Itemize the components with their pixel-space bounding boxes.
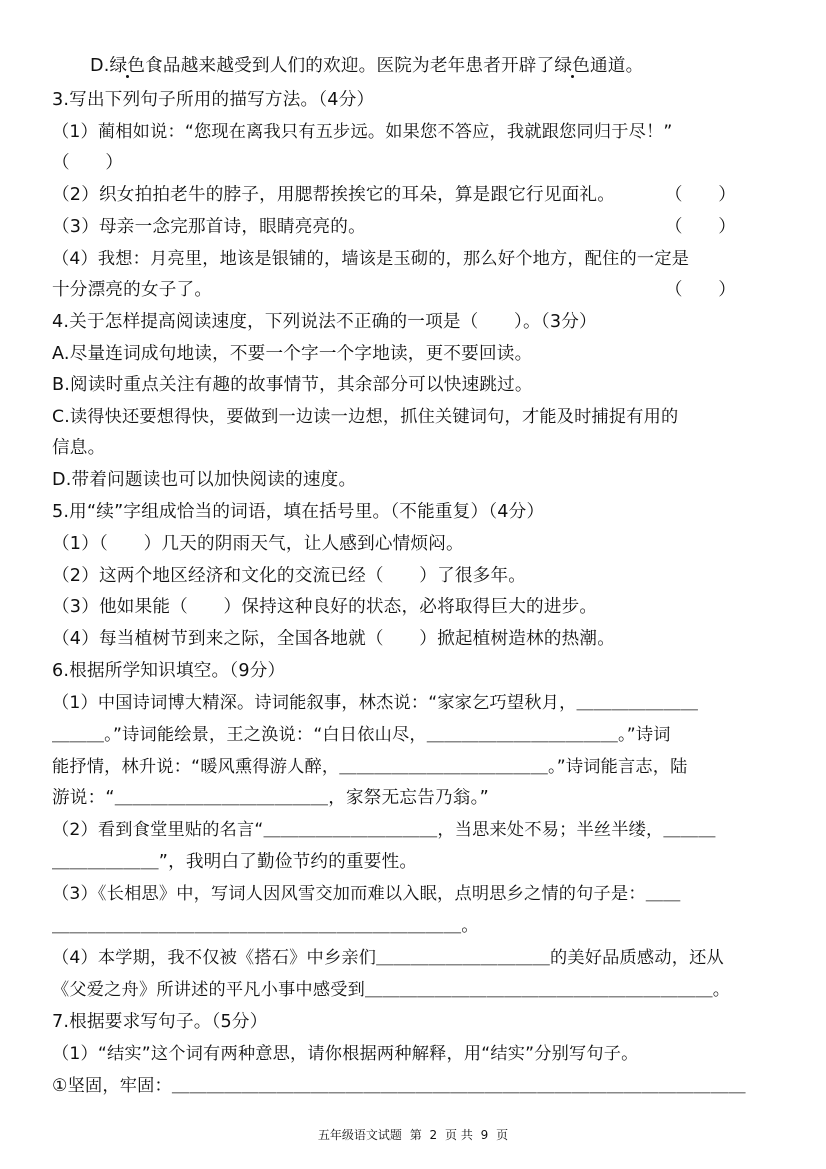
- exam-page: D.绿色食品越来越受到人们的欢迎。医院为老年患者开辟了绿色通道。 3.写出下列句…: [0, 0, 826, 1169]
- page-number: 2: [430, 1128, 438, 1142]
- option-text: 食品越来越受到人们的欢迎。医院为老年患者开辟了: [145, 56, 554, 76]
- q3-item-1: （1）蔺相如说：“您现在离我只有五步远。如果您不答应，我就跟您同归于尽！”: [52, 117, 782, 147]
- q6-line-1: （1）中国诗词博大精深。诗词能叙事，林杰说：“家家乞巧望秋月，＿＿＿＿＿＿＿: [52, 688, 782, 718]
- emphasized-word-text: 绿色: [554, 56, 590, 76]
- q2-option-d: D.绿色食品越来越受到人们的欢迎。医院为老年患者开辟了绿色通道。: [90, 51, 820, 81]
- q3-item-2-text: （2）织女拍拍老牛的脖子，用腮帮挨挨它的耳朵，算是跟它行见面礼。: [52, 185, 615, 205]
- q6-line-3: 能抒情，林升说：“暖风熏得游人醉，＿＿＿＿＿＿＿＿＿＿＿＿。”诗词能言志，陆: [52, 752, 782, 782]
- q6-line-8: ＿＿＿＿＿＿＿＿＿＿＿＿＿＿＿＿＿＿＿＿＿＿＿。: [52, 911, 782, 941]
- q3-title: 3.写出下列句子所用的描写方法。（4分）: [52, 85, 782, 115]
- q3-item-2-answer[interactable]: （ ）: [665, 180, 736, 210]
- q3-item-3-text: （3）母亲一念完那首诗，眼睛亮亮的。: [52, 217, 366, 237]
- q3-item-4-cont: 十分漂亮的女子了。 （ ）: [52, 275, 782, 305]
- q5-item-2: （2）这两个地区经济和文化的交流已经（ ）了很多年。: [52, 561, 782, 591]
- total-pages: 9: [481, 1128, 489, 1142]
- q3-item-4: （4）我想：月亮里，地该是银铺的，墙该是玉砌的，那么好个地方，配住的一定是: [52, 244, 782, 274]
- q6-line-10: 《父爱之舟》所讲述的平凡小事中感受到＿＿＿＿＿＿＿＿＿＿＿＿＿＿＿＿＿＿＿＿。: [52, 975, 782, 1005]
- q6-line-7: （3）《长相思》中，写词人因风雪交加而难以入眠，点明思乡之情的句子是：＿＿: [52, 879, 782, 909]
- q5-item-1: （1）（ ）几天的阴雨天气，让人感到心情烦闷。: [52, 529, 782, 559]
- q5-item-3: （3）他如果能（ ）保持这种良好的状态，必将取得巨大的进步。: [52, 592, 782, 622]
- q3-item-1-answer[interactable]: （ ）: [52, 148, 782, 178]
- emphasized-word: 绿色: [110, 56, 146, 76]
- q3-item-4-answer[interactable]: （ ）: [665, 275, 736, 305]
- option-text-end: 通道。: [590, 56, 643, 76]
- footer-label: 第: [410, 1128, 422, 1142]
- q6-line-9: （4）本学期，我不仅被《搭石》中乡亲们＿＿＿＿＿＿＿＿＿＿的美好品质感动，还从: [52, 943, 782, 973]
- q4-option-d: D.带着问题读也可以加快阅读的速度。: [52, 465, 782, 495]
- footer-title: 五年级语文试题: [318, 1128, 402, 1142]
- q7-answer-line-1[interactable]: ①坚固，牢固：＿＿＿＿＿＿＿＿＿＿＿＿＿＿＿＿＿＿＿＿＿＿＿＿＿＿＿＿＿＿＿＿＿: [52, 1071, 782, 1101]
- q6-line-5: （2）看到食堂里贴的名言“＿＿＿＿＿＿＿＿＿＿，当思来处不易；半丝半缕，＿＿＿: [52, 815, 782, 845]
- q7-title: 7.根据要求写句子。（5分）: [52, 1007, 782, 1037]
- q4-title: 4.关于怎样提高阅读速度，下列说法不正确的一项是（ ）。（3分）: [52, 307, 782, 337]
- q6-line-4: 游说：“＿＿＿＿＿＿＿＿＿＿＿＿，家祭无忘告乃翁。”: [52, 783, 782, 813]
- q5-item-4: （4）每当植树节到来之际，全国各地就（ ）掀起植树造林的热潮。: [52, 624, 782, 654]
- q3-item-4-text-cont: 十分漂亮的女子了。: [52, 280, 212, 300]
- q3-item-2: （2）织女拍拍老牛的脖子，用腮帮挨挨它的耳朵，算是跟它行见面礼。 （ ）: [52, 180, 782, 210]
- q4-option-c: C.读得快还要想得快，要做到一边读一边想，抓住关键词句，才能及时捕捉有用的: [52, 402, 782, 432]
- q4-option-b: B.阅读时重点关注有趣的故事情节，其余部分可以快速跳过。: [52, 370, 782, 400]
- q3-item-3-answer[interactable]: （ ）: [665, 212, 736, 242]
- q5-title: 5.用“续”字组成恰当的词语，填在括号里。（不能重复）（4分）: [52, 497, 782, 527]
- emphasized-word: 绿色: [554, 56, 590, 76]
- q6-title: 6.根据所学知识填空。（9分）: [52, 656, 782, 686]
- q6-line-6: ＿＿＿＿＿＿”，我明白了勤俭节约的重要性。: [52, 847, 782, 877]
- q3-item-3: （3）母亲一念完那首诗，眼睛亮亮的。 （ ）: [52, 212, 782, 242]
- q6-line-2: ＿＿＿。”诗词能绘景，王之涣说：“白日依山尽，＿＿＿＿＿＿＿＿＿＿＿。”诗词: [52, 720, 782, 750]
- q7-line-1: （1）“结实”这个词有两种意思，请你根据两种解释，用“结实”分别写句子。: [52, 1039, 782, 1069]
- footer-label: 页 共: [445, 1128, 473, 1142]
- q4-option-c-cont: 信息。: [52, 433, 782, 463]
- q4-option-a: A.尽量连词成句地读，不要一个字一个字地读，更不要回读。: [52, 339, 782, 369]
- option-label: D.: [90, 56, 110, 76]
- page-footer: 五年级语文试题 第 2 页 共 9 页: [0, 1126, 826, 1144]
- footer-label: 页: [496, 1128, 508, 1142]
